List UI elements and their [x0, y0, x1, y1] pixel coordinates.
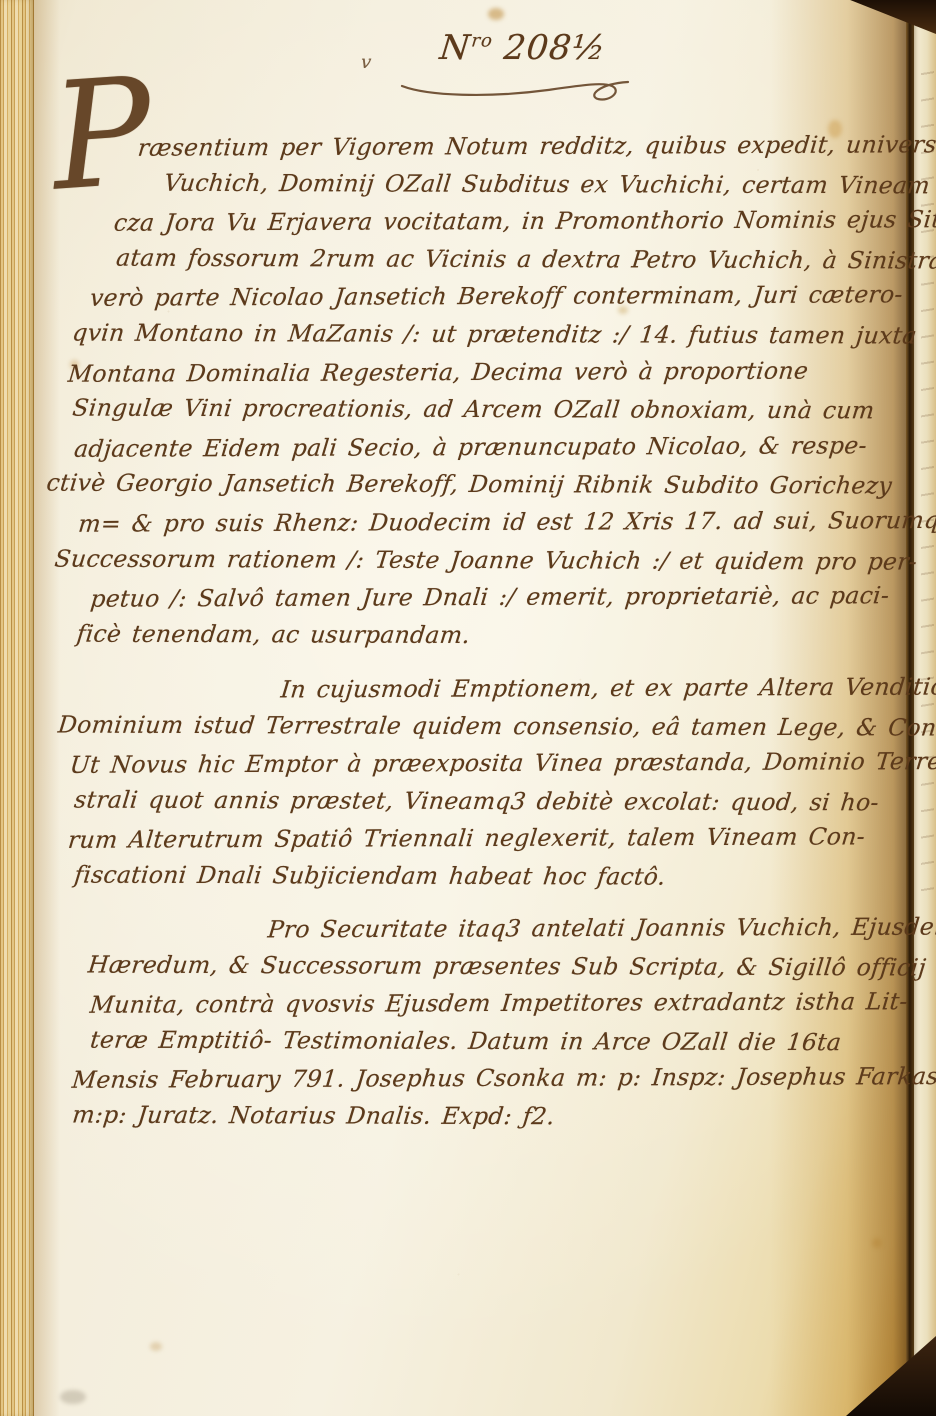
- page-number-header: Nro 208½: [391, 28, 655, 68]
- manuscript-line: ctivè Georgio Jansetich Berekoff, Domini…: [45, 465, 883, 506]
- manuscript-line: Vuchich, Dominij OZall Subditus ex Vuchi…: [162, 164, 914, 204]
- manuscript-line: ræsentium per Vigorem Notum redditz, qui…: [136, 126, 918, 167]
- manuscript-line: m= & pro suis Rhenz: Duodecim id est 12 …: [76, 502, 878, 543]
- manuscript-line: rum Alterutrum Spatiô Triennali neglexer…: [66, 819, 902, 860]
- manuscript-line: Mensis February 791. Josephus Csonka m: …: [70, 1059, 902, 1100]
- manuscript-line: fiscationi Dnali Subjiciendam habeat hoc…: [72, 857, 898, 897]
- manuscript-line: Munita, contrà qvosvis Ejusdem Impetitor…: [88, 983, 910, 1024]
- manuscript-line: ficè tenendam, ac usurpandam.: [75, 615, 867, 655]
- manuscript-line: atam fossorum 2rum ac Vicinis a dextra P…: [114, 239, 906, 279]
- manuscript-line: verò parte Nicolao Jansetich Berekoff co…: [88, 277, 902, 318]
- foxing-spot: [488, 8, 504, 20]
- manuscript-line: Hæredum, & Successorum præsentes Sub Scr…: [86, 946, 914, 986]
- header-number: 208½: [502, 28, 608, 68]
- manuscript-line: Dominium istud Terrestrale quidem consen…: [56, 706, 914, 747]
- manuscript-line: qvin Montano in MaZanis /: ut prætenditz…: [70, 315, 898, 355]
- paragraph-2: In cujusmodi Emptionem, et ex parte Alte…: [34, 670, 918, 896]
- paragraph-1: ræsentium per Vigorem Notum redditz, qui…: [3, 128, 918, 654]
- manuscript-line: m:p: Juratz. Notarius Dnalis. Expd: ƒ2.: [70, 1097, 898, 1137]
- manuscript-line: Pro Securitate itaq3 antelati Joannis Vu…: [266, 909, 918, 949]
- manuscript-page: v Nro 208½ P ræsentium per Vigorem Notum…: [0, 0, 936, 1416]
- manuscript-line: Singulæ Vini procreationis, ad Arcem OZa…: [70, 390, 890, 430]
- manuscript-line: cza Jora Vu Erjavera vocitatam, in Promo…: [112, 201, 910, 242]
- manuscript-line: teræ Emptitiô- Testimoniales. Datum in A…: [88, 1021, 906, 1061]
- paragraph-3: Pro Securitate itaq3 antelati Joannis Vu…: [34, 910, 918, 1136]
- manuscript-line: Montana Dominalia Regesteria, Decima ver…: [66, 352, 894, 393]
- flourish-underline-icon: [398, 72, 648, 112]
- manuscript-line: Ut Novus hic Emptor à præexposita Vinea …: [68, 743, 910, 784]
- page-fore-edge: [0, 0, 34, 1416]
- margin-check-mark: v: [360, 52, 372, 73]
- manuscript-line: petuo /: Salvô tamen Jure Dnali :/ emeri…: [89, 577, 871, 618]
- foxing-spot: [150, 1342, 162, 1351]
- manuscript-line: strali quot annis præstet, Vineamq3 debi…: [72, 781, 906, 821]
- foxing-spot: [872, 1238, 882, 1248]
- header-prefix: N: [438, 28, 473, 68]
- manuscript-line: adjacente Eidem pali Secio, à prænuncupa…: [72, 427, 886, 468]
- manuscript-line: Successorum rationem /: Teste Joanne Vuc…: [53, 540, 875, 580]
- header-superscript: ro: [470, 31, 494, 52]
- manuscript-line: In cujusmodi Emptionem, et ex parte Alte…: [279, 669, 918, 709]
- paper-curl-bottom-left: [60, 1390, 86, 1404]
